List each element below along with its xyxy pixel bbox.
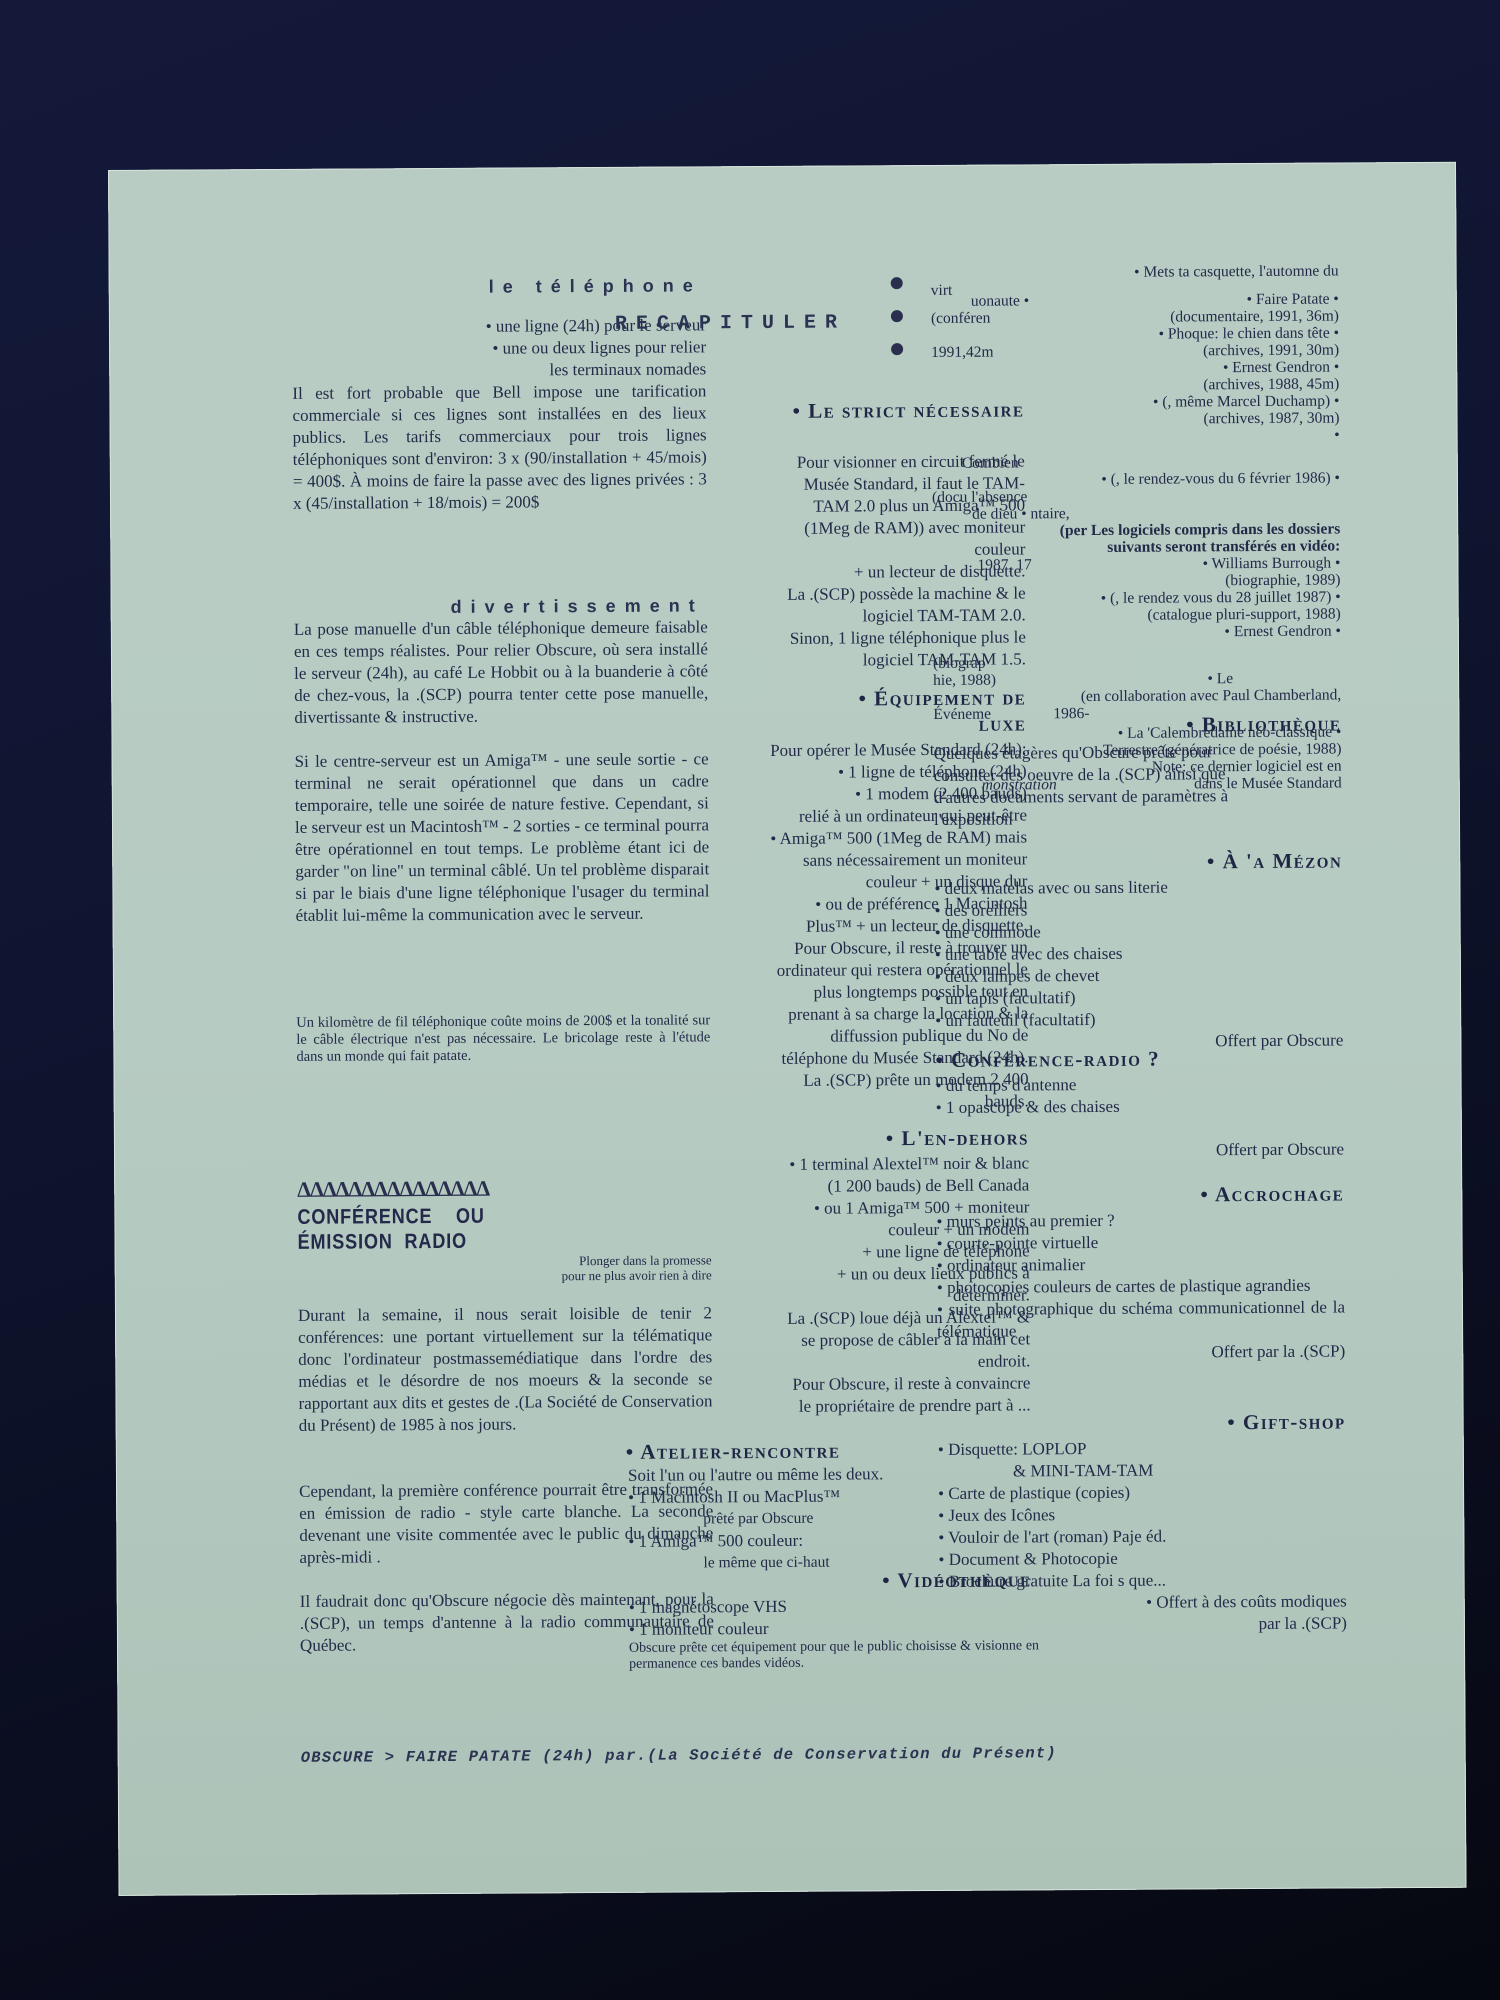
mezon-list: • deux matelas avec ou sans literie• des… [934,875,1343,1053]
video-entry: (docu l'absence [932,488,1027,506]
bibliotheque-heading: • Bibliothèque [933,710,1341,738]
video-entry: (archives, 1991, 30m) [1203,341,1339,359]
video-entry: (catalogue pluri-support, 1988) [1147,605,1340,623]
video-entry: 1987, 17 [977,556,1031,573]
list-item: • 1 opascope & des chaises [936,1094,1344,1118]
credit-line: par la .(SCP) [939,1612,1347,1636]
text-line: • des oreillers [934,897,1342,921]
video-entry: • Williams Burrough • [1203,554,1341,572]
text-line: • une table avec des chaises [935,941,1343,965]
bullet-dots [891,277,904,376]
credit-line: Offert par la .(SCP) [937,1340,1345,1364]
text-line: • photocopies couleurs de cartes de plas… [937,1274,1345,1298]
text-line: • un fauteuil (facultatif) [935,1007,1343,1031]
conference-heading-line2: ÉMISSION RADIO [297,1228,653,1255]
text-line: • Document & Photocopie [938,1546,1346,1570]
video-entry: (archives, 1988, 45m) [1203,375,1339,393]
credit-line: • Offert à des coûts modiques [939,1590,1347,1614]
video-entry: virt [931,282,953,299]
text-line: • Jeux des Icônes [938,1502,1346,1526]
video-entry: • Phoque: le chien dans tête • [1159,324,1340,342]
video-entry: • (, le rendez vous du 28 juillet 1987) … [1101,588,1341,606]
conference-heading: CONFÉRENCE OU ÉMISSION RADIO [297,1203,653,1255]
video-entry: • Ernest Gendron • [1223,358,1339,376]
footer-line: OBSCURE > FAIRE PATATE (24h) par.(La Soc… [301,1744,1057,1767]
video-entry: (archives, 1987, 30m) [1203,409,1339,427]
accrochage-list: • murs peints au premier ?• courte-point… [936,1208,1345,1364]
mezon-heading: • À 'a Mézon [934,847,1342,875]
bullet-line: les terminaux nomades [292,358,706,383]
credit-line: Offert par Obscure [936,1138,1344,1162]
text-line: • Carte de plastique (copies) [938,1480,1346,1504]
video-entry: hie, 1988) [933,672,996,689]
video-entry: suivants seront transférés en vidéo: [1107,537,1340,555]
text-line: • courte-pointe virtuelle [937,1230,1345,1254]
text-line: & MINI-TAM-TAM [938,1458,1346,1482]
confradio-list: • du temps d'antenne • 1 opascope & des … [936,1072,1345,1162]
video-entry: • Ernest Gendron • [1224,622,1340,640]
video-entry: • (, le rendez-vous du 6 février 1986) • [1101,469,1340,487]
bibliotheque-body: Quelques étagères qu'Obscure prête pour … [934,741,1255,831]
video-entry: 1991,42m [931,344,994,361]
video-entry: de dieu • ntaire, [972,505,1070,523]
videotheque-note: Obscure prête cet équipement pour que le… [629,1638,1039,1673]
paper-sheet: le téléphone • une ligne (24h) pour le s… [108,162,1467,1896]
text-line: • Vouloir de l'art (roman) Paje éd. [938,1524,1346,1548]
video-entry: (per Les logiciels compris dans les doss… [1060,520,1341,539]
text-line: • Disquette: LOPLOP [938,1436,1346,1460]
giftshop-list: • Disquette: LOPLOP& MINI-TAM-TAM• Carte… [938,1436,1347,1636]
accrochage-heading: • Accrochage [936,1180,1344,1208]
video-entry: (documentaire, 1991, 36m) [1170,307,1339,325]
video-entry: • (, même Marcel Duchamp) • [1153,392,1340,410]
video-entry: • Mets ta casquette, l'automne du [1134,262,1339,280]
video-entry: • [1334,426,1340,443]
dot-icon [891,277,903,289]
text-line: • murs peints au premier ? [936,1208,1344,1232]
dot-icon [891,310,903,322]
text-line: • ordinateur animalier [937,1252,1345,1276]
text-line: • un tapis (facultatif) [935,985,1343,1009]
video-entry: (conféren [931,310,990,327]
dot-icon [891,343,903,355]
text-line: • deux lampes de chevet [935,963,1343,987]
text-line: • Brochure gratuite La foi s que... [939,1568,1347,1592]
text-line: • suite photographique du schéma communi… [937,1296,1345,1342]
giftshop-heading: • Gift-shop [938,1408,1346,1436]
video-entry: (en collaboration avec Paul Chamberland, [1081,686,1341,705]
telephone-heading: le téléphone [292,274,702,299]
conference-heading-line1: CONFÉRENCE OU [297,1203,653,1230]
video-entry: Combien [962,454,1019,471]
text-line: • une commode [935,919,1343,943]
bullet-line: • une ou deux lignes pour relier [292,336,706,361]
video-entry: uonaute • [971,292,1029,309]
confradio-heading: • Conférence-radio ? [935,1044,1355,1073]
recapituler-heading: RECAPITULER [615,311,846,335]
video-entry: • Faire Patate • [1247,290,1339,308]
list-item: • du temps d'antenne [936,1072,1344,1096]
video-entry: (biographie, 1989) [1225,571,1340,589]
text-line: • deux matelas avec ou sans literie [934,875,1342,899]
video-entry: • Le [1207,670,1233,687]
video-entry: (biograp [933,655,986,672]
text-line: Pour Obscure, il reste à convaincre [620,1372,1030,1397]
